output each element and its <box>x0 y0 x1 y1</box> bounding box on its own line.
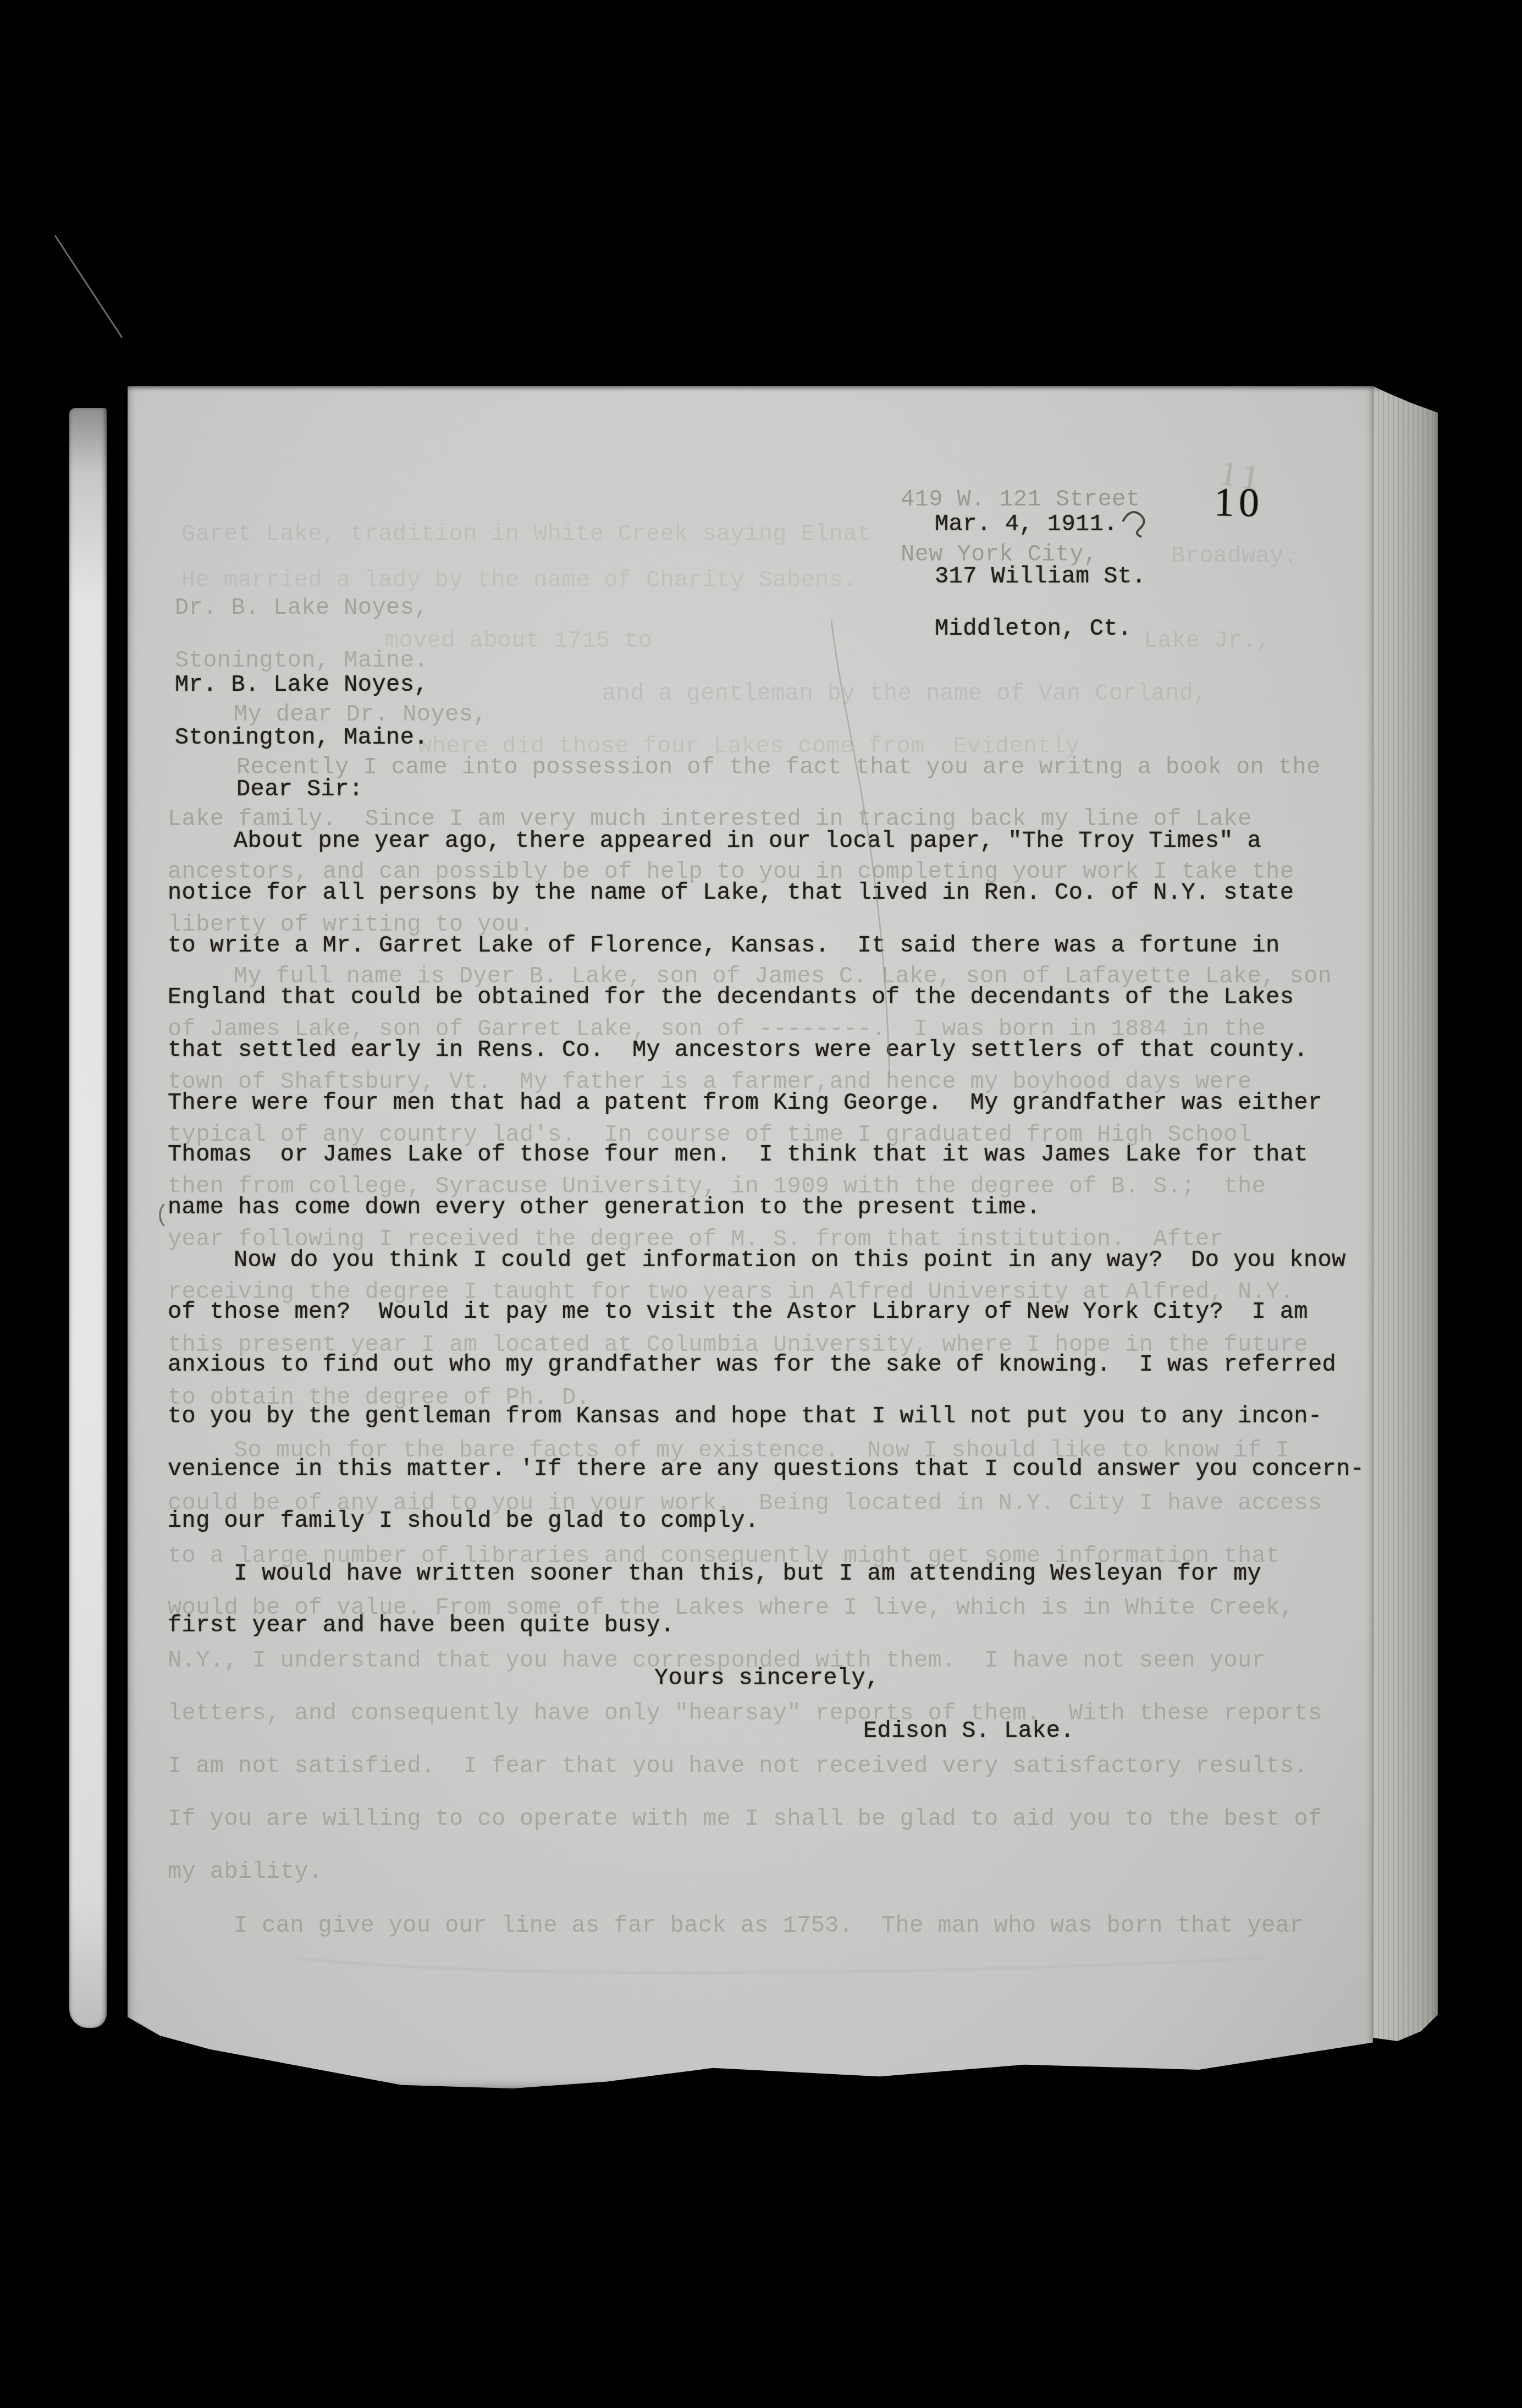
underlying-page-edge <box>69 408 107 2028</box>
letter-line-salutation: Dear Sir: <box>236 777 363 802</box>
ghost-line: If you are willing to co operate with me… <box>168 1806 1322 1832</box>
letter-line-recipient: Mr. B. Lake Noyes, <box>175 672 428 697</box>
letter-line-date: Mar. 4, 1911. <box>935 512 1118 537</box>
ghost-line: Dr. B. Lake Noyes, <box>175 595 428 620</box>
letter-line-body: first year and have been quite busy. <box>168 1613 675 1638</box>
letter-line-body: anxious to find out who my grandfather w… <box>168 1352 1336 1377</box>
ghost-line: My dear Dr. Noyes, <box>234 702 487 727</box>
letter-line-body: ing our family I should be glad to compl… <box>168 1508 759 1533</box>
ghost-line: Lake Jr., <box>1144 628 1270 653</box>
letter-line-body: venience in this matter. 'If there are a… <box>168 1456 1364 1482</box>
letter-line-body: There were four men that had a patent fr… <box>168 1090 1322 1115</box>
letter-line-body: Thomas or James Lake of those four men. … <box>168 1142 1308 1167</box>
ghost-line: Stonington, Maine. <box>175 648 428 673</box>
letter-line-body: to write a Mr. Garret Lake of Florence, … <box>168 933 1280 958</box>
stray-ink-mark: ( <box>155 1202 169 1228</box>
letter-line-body: notice for all persons by the name of La… <box>168 880 1294 905</box>
letter-line-recipient: Stonington, Maine. <box>175 725 428 750</box>
letter-line-closing: Yours sincerely, <box>654 1665 880 1691</box>
book-fore-edge-stack <box>1373 386 1438 2044</box>
letter-line-body: About pne year ago, there appeared in ou… <box>234 828 1261 854</box>
letter-line-body: Now do you think I could get information… <box>234 1247 1346 1273</box>
ghost-line: 419 W. 121 Street <box>901 487 1140 512</box>
letter-line-body: that settled early in Rens. Co. My ances… <box>168 1037 1308 1063</box>
ghost-line: I am not satisfied. I fear that you have… <box>168 1753 1308 1779</box>
ghost-line: letters, and consequently have only "hea… <box>168 1701 1322 1726</box>
letter-line-body: England that could be obtained for the d… <box>168 985 1294 1010</box>
page-number: 10 <box>1214 479 1264 527</box>
ghost-line: Garet Lake, tradition in White Creek say… <box>181 521 872 547</box>
letter-line-address: 317 William St. <box>935 564 1146 589</box>
letter-line-body: I would have written sooner than this, b… <box>234 1561 1261 1586</box>
letter-line-signature: Edison S. Lake. <box>863 1718 1074 1744</box>
scratch-line <box>55 235 122 338</box>
letter-line-body: to you by the gentleman from Kansas and … <box>168 1404 1322 1429</box>
letter-line-body: of those men? Would it pay me to visit t… <box>168 1299 1308 1324</box>
ghost-line: and a gentleman by the name of Van Corla… <box>602 681 1207 706</box>
ghost-line: Broadway. <box>1171 543 1298 569</box>
ghost-line: I can give you our line as far back as 1… <box>234 1913 1304 1938</box>
ghost-line: Recently I came into possession of the f… <box>236 755 1321 780</box>
letter-line-body: name has come down every other generatio… <box>168 1195 1040 1220</box>
letter-line-address: Middleton, Ct. <box>935 616 1132 641</box>
scanned-letter-page: 419 W. 121 StreetNew York City,Broadway.… <box>0 0 1522 2408</box>
ghost-line: He married a lady by the name of Charity… <box>181 568 857 593</box>
ghost-line: my ability. <box>168 1859 323 1884</box>
